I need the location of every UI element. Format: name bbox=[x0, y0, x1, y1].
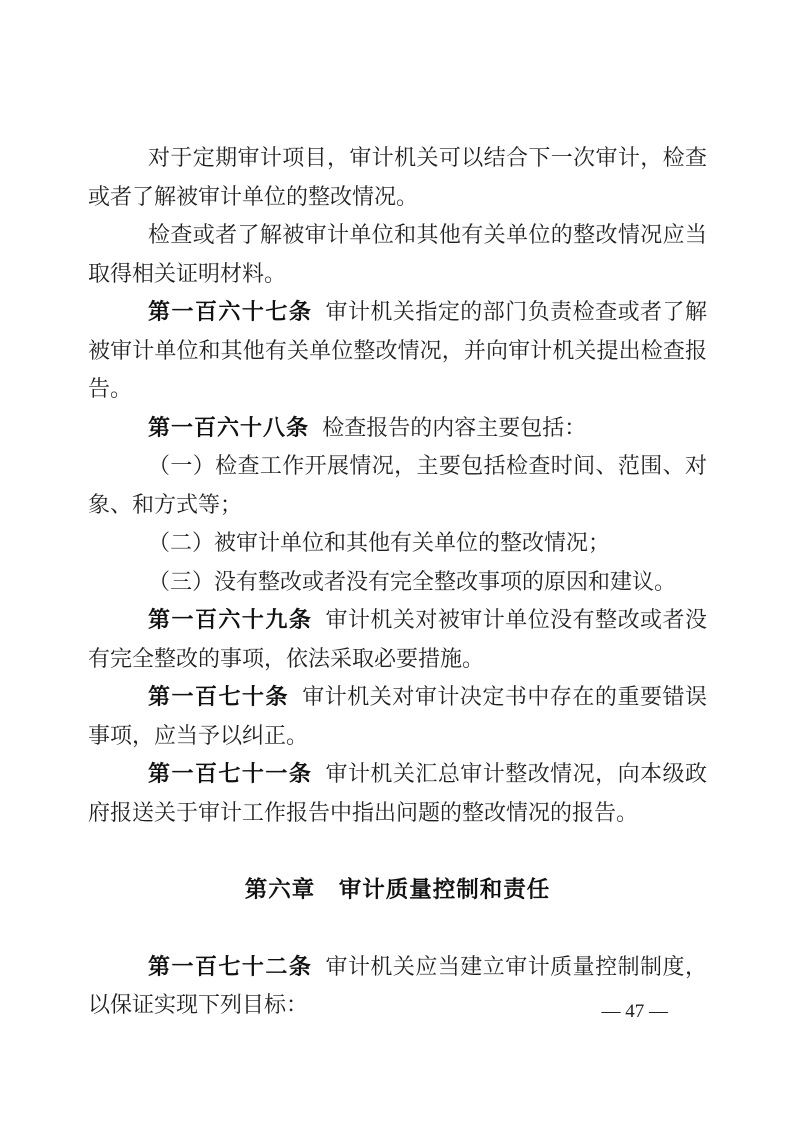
chapter-heading: 第六章 审计质量控制和责任 bbox=[88, 871, 707, 910]
paragraph: 第一百七十一条审计机关汇总审计整改情况，向本级政府报送关于审计工作报告中指出问题… bbox=[88, 755, 707, 832]
article-number: 第一百六十九条 bbox=[148, 607, 312, 632]
paragraph-text: （三）没有整改或者没有完全整改事项的原因和建议。 bbox=[148, 569, 676, 594]
paragraph-text: 对于定期审计项目，审计机关可以结合下一次审计，检查或者了解被审计单位的整改情况。 bbox=[88, 145, 707, 209]
paragraph-text: 检查报告的内容主要包括： bbox=[322, 415, 586, 440]
paragraph-text: （一）检查工作开展情况，主要包括检查时间、范围、对象、和方式等； bbox=[88, 453, 707, 517]
page-number: — 47 — bbox=[602, 1001, 669, 1022]
article-number: 第一百七十条 bbox=[148, 684, 289, 709]
paragraph: 检查或者了解被审计单位和其他有关单位的整改情况应当取得相关证明材料。 bbox=[88, 216, 707, 293]
list-item: （一）检查工作开展情况，主要包括检查时间、范围、对象、和方式等； bbox=[88, 447, 707, 524]
article-number: 第一百七十一条 bbox=[148, 761, 312, 786]
article-number: 第一百六十七条 bbox=[148, 299, 312, 324]
list-item: （二）被审计单位和其他有关单位的整改情况； bbox=[88, 524, 707, 563]
paragraph: 第一百六十九条审计机关对被审计单位没有整改或者没有完全整改的事项，依法采取必要措… bbox=[88, 601, 707, 678]
paragraph-text: （二）被审计单位和其他有关单位的整改情况； bbox=[148, 530, 610, 555]
paragraph-text: 检查或者了解被审计单位和其他有关单位的整改情况应当取得相关证明材料。 bbox=[88, 222, 707, 286]
paragraph: 第一百六十八条检查报告的内容主要包括： bbox=[88, 409, 707, 448]
article-number: 第一百六十八条 bbox=[148, 415, 309, 440]
list-item: （三）没有整改或者没有完全整改事项的原因和建议。 bbox=[88, 563, 707, 602]
document-page: 对于定期审计项目，审计机关可以结合下一次审计，检查或者了解被审计单位的整改情况。… bbox=[0, 0, 793, 1122]
paragraph: 对于定期审计项目，审计机关可以结合下一次审计，检查或者了解被审计单位的整改情况。 bbox=[88, 139, 707, 216]
article-number: 第一百七十二条 bbox=[148, 954, 312, 979]
page-footer: — 47 — bbox=[0, 1001, 668, 1023]
document-body: 对于定期审计项目，审计机关可以结合下一次审计，检查或者了解被审计单位的整改情况。… bbox=[88, 139, 707, 1025]
paragraph: 第一百七十条审计机关对审计决定书中存在的重要错误事项，应当予以纠正。 bbox=[88, 678, 707, 755]
paragraph: 第一百六十七条审计机关指定的部门负责检查或者了解被审计单位和其他有关单位整改情况… bbox=[88, 293, 707, 409]
